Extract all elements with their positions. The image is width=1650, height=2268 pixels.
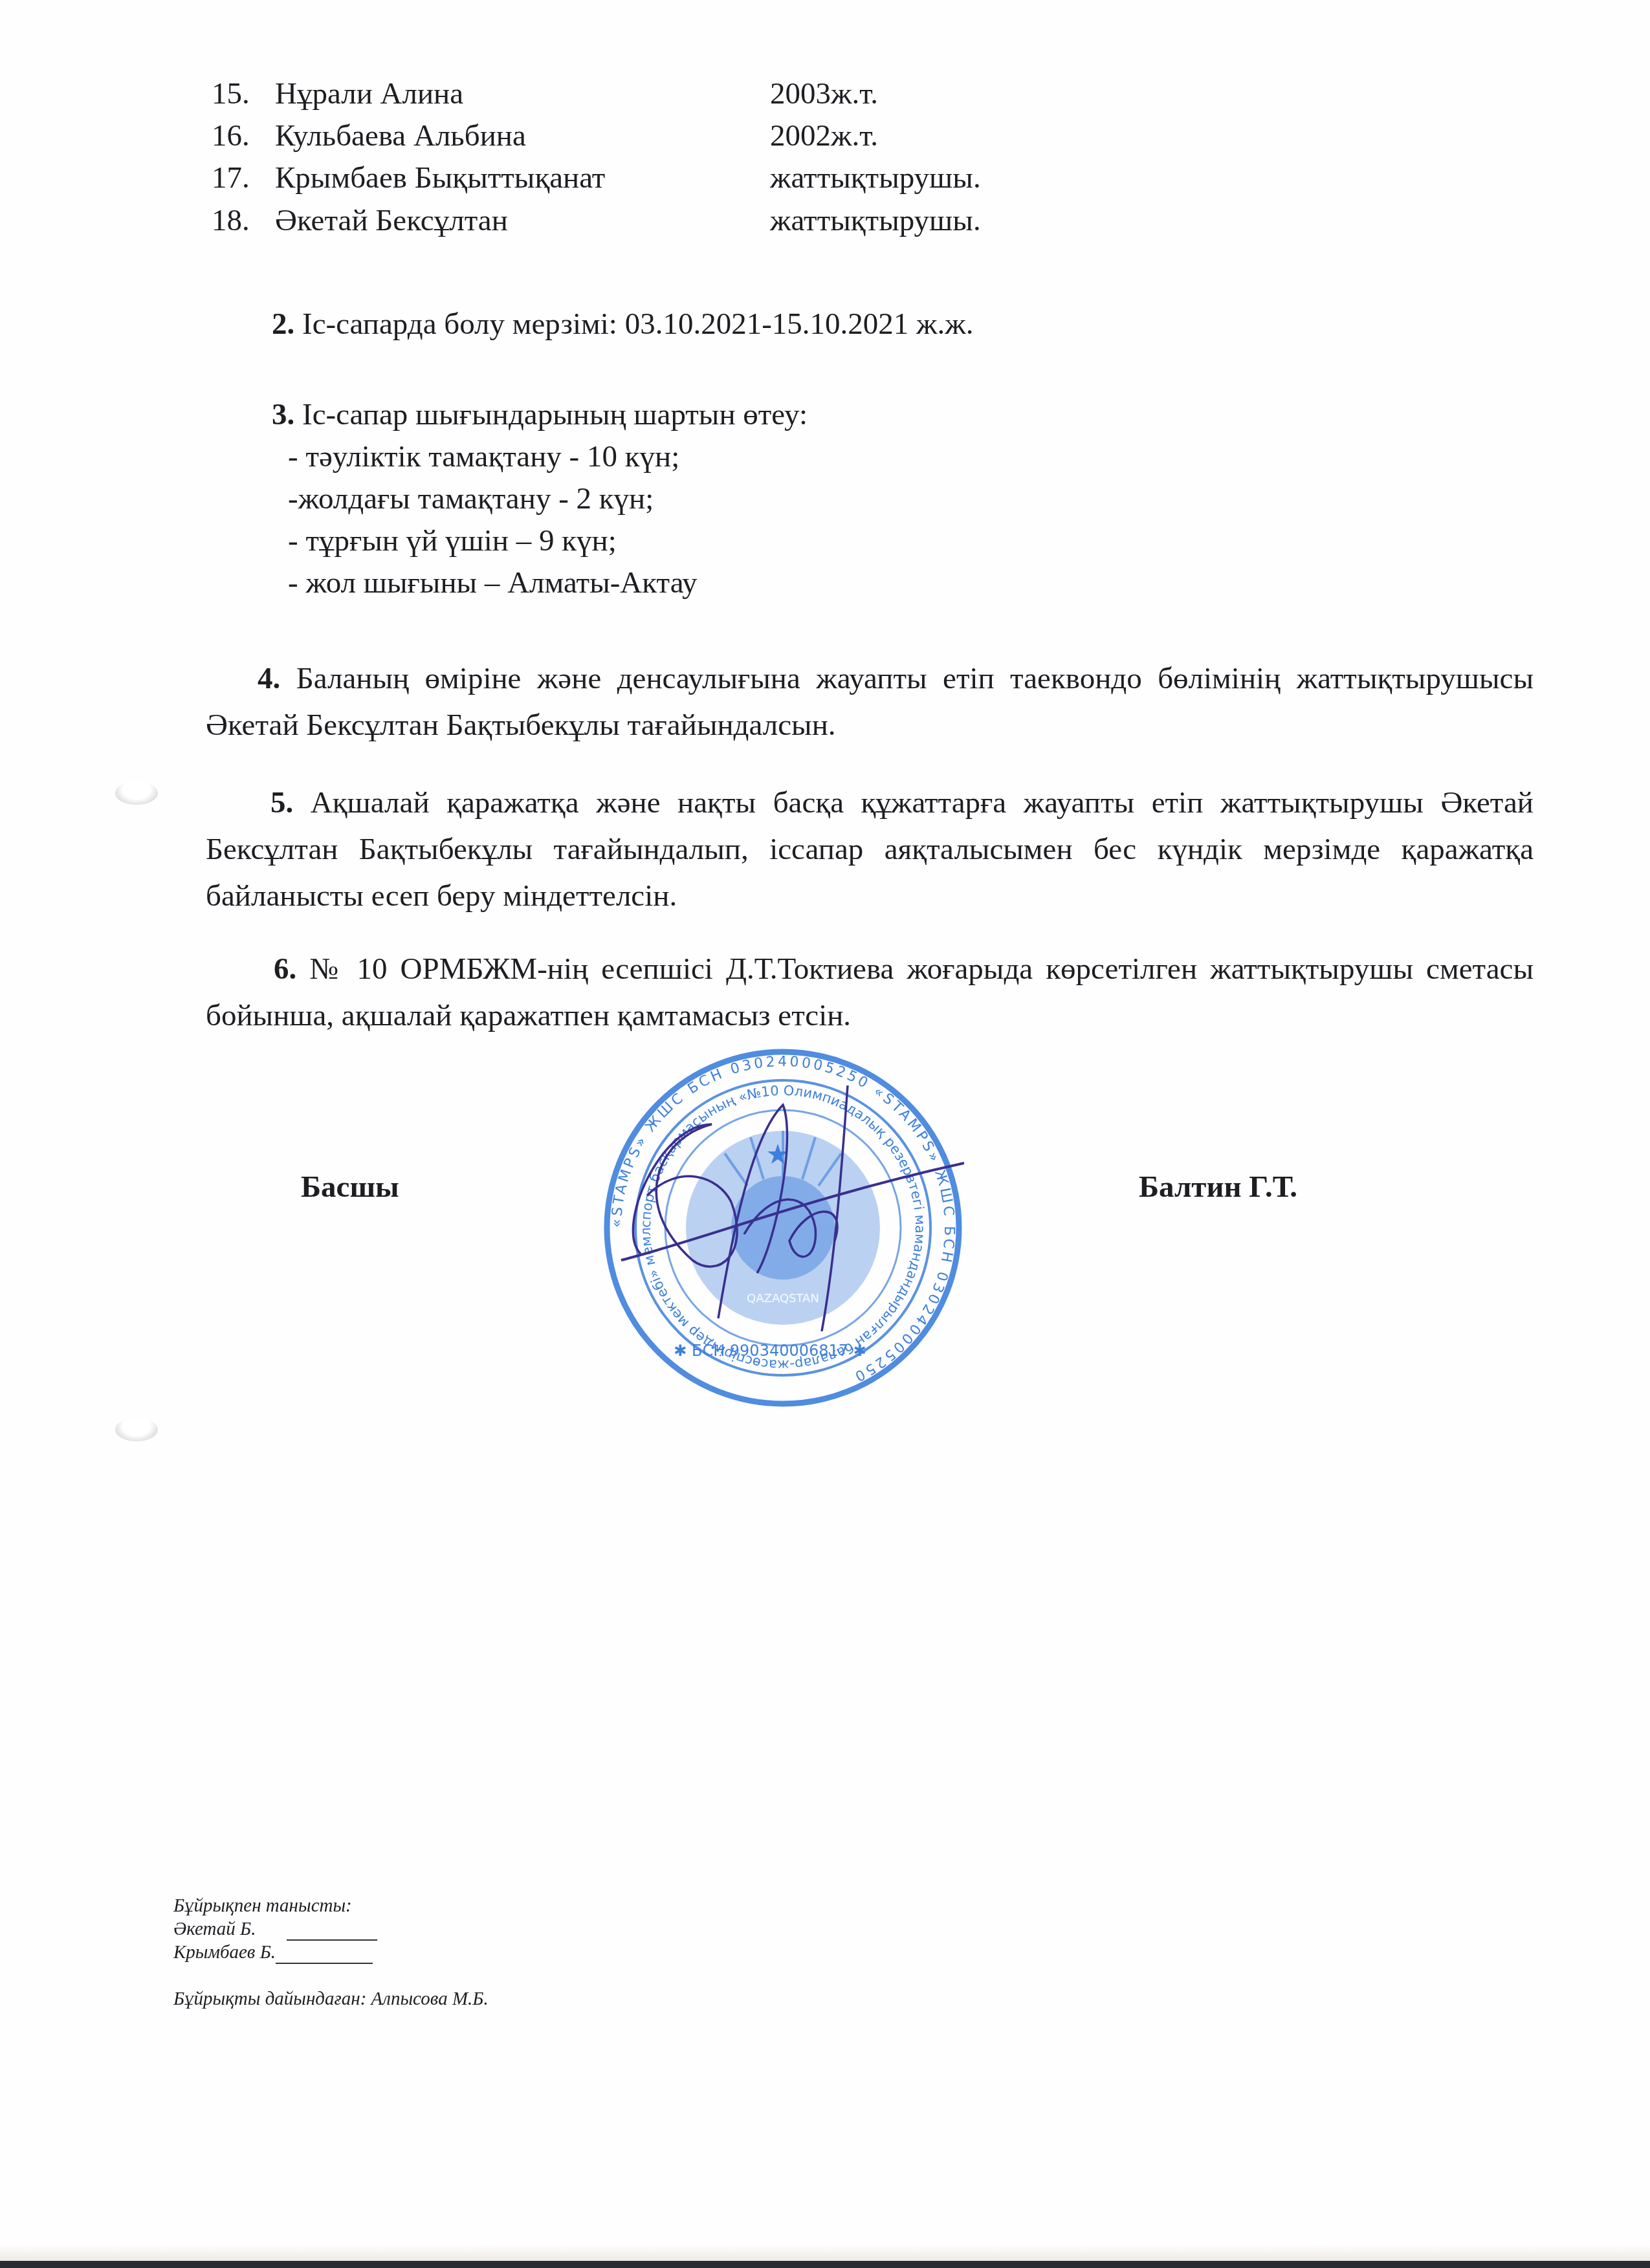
- signature-title: Басшы: [301, 1172, 399, 1203]
- signer-row: Әкетай Б.: [173, 1917, 489, 1941]
- item-5-paragraph: 5. Ақшалай қаражатқа және нақты басқа құ…: [206, 780, 1534, 919]
- stamp-seal-icon: «STAMPS» ЖШС БСН 030240005250 «STAMPS» Ж…: [602, 1047, 964, 1409]
- signer-row: Крымбаев Б.: [173, 1941, 489, 1964]
- scan-edge: [0, 2245, 1650, 2261]
- official-stamp: «STAMPS» ЖШС БСН 030240005250 «STAMPS» Ж…: [602, 1047, 964, 1409]
- prepared-by: Бұйрықты дайындаған: Алпысова М.Б.: [173, 1987, 489, 2011]
- svg-text:QAZAQSTAN: QAZAQSTAN: [747, 1292, 819, 1305]
- svg-text:✱ БСН 990340006817 ✱: ✱ БСН 990340006817 ✱: [674, 1342, 866, 1360]
- footer-acquaintance: Бұйрықпен танысты: Әкетай Б. Крымбаев Б.…: [173, 1894, 489, 2011]
- item-2-duration: 2. Іс-сапарда болу мерзімі: 03.10.2021-1…: [272, 309, 974, 340]
- scan-edge-bar: [0, 2261, 1650, 2268]
- expense-line: - тұрғын үй үшін – 9 күн;: [288, 526, 617, 556]
- signature-name: Балтин Г.Т.: [1139, 1172, 1297, 1203]
- signature-line: [276, 1945, 373, 1964]
- signature-line: [287, 1921, 377, 1941]
- acquainted-label: Бұйрықпен танысты:: [173, 1894, 489, 1917]
- item-3-expenses-heading: 3. Іс-сапар шығындарының шартын өтеу:: [272, 400, 808, 430]
- expense-line: -жолдағы тамақтану - 2 күн;: [288, 484, 654, 514]
- expense-line: - тәуліктік тамақтану - 10 күн;: [288, 442, 679, 472]
- item-4-paragraph: 4. Баланың өміріне және денсаулығына жау…: [206, 655, 1534, 748]
- binder-hole: [115, 1418, 158, 1441]
- expense-line: - жол шығыны – Алматы-Актау: [288, 568, 698, 598]
- item-6-paragraph: 6. № 10 ОРМБЖМ-нің есепшісі Д.Т.Токтиева…: [206, 946, 1534, 1039]
- binder-hole: [115, 781, 158, 805]
